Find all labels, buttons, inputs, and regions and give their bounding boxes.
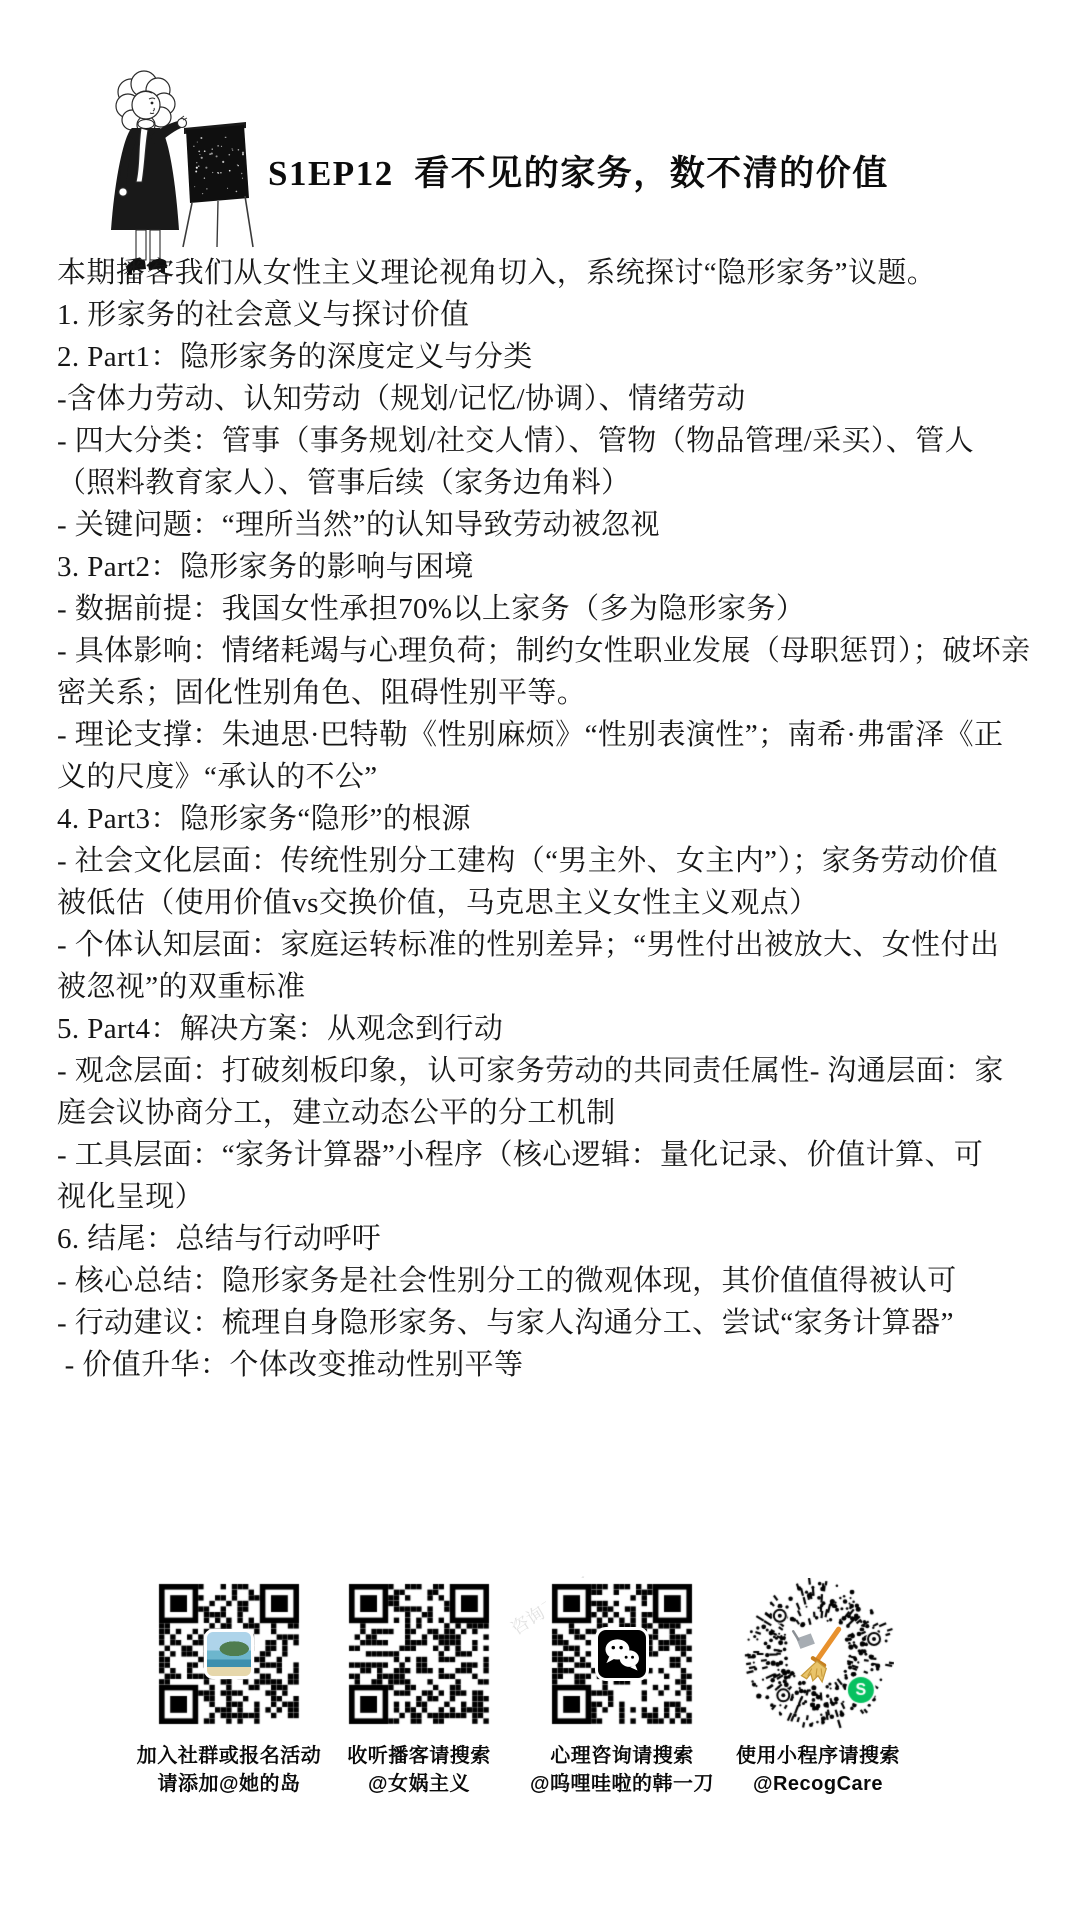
outline-line: 视化呈现）	[57, 1176, 1017, 1218]
qr-block-community: 加入社群或报名活动 请添加@她的岛	[129, 1578, 329, 1798]
outline-line: - 核心总结：隐形家务是社会性别分工的微观体现，其价值值得被认可	[57, 1260, 1017, 1302]
qr-caption-line1: 使用小程序请搜索	[718, 1742, 918, 1770]
qr-caption-line2: 请添加@她的岛	[129, 1770, 329, 1798]
outline-line: 被忽视”的双重标准	[57, 966, 1017, 1008]
outline-line: 2. Part1：隐形家务的深度定义与分类	[57, 336, 1017, 378]
qr-caption-line2: @女娲主义	[319, 1770, 519, 1798]
qr-caption-line1: 心理咨询请搜索	[522, 1742, 722, 1770]
episode-outline: 本期播客我们从女性主义理论视角切入，系统探讨“隐形家务”议题。1. 形家务的社会…	[57, 252, 1017, 1386]
outline-line: - 具体影响：情绪耗竭与心理负荷；制约女性职业发展（母职惩罚）；破坏亲	[57, 630, 1017, 672]
outline-line: - 个体认知层面：家庭运转标准的性别差异；“男性付出被放大、女性付出	[57, 924, 1017, 966]
poster-page: S1EP12 看不见的家务，数不清的价值 本期播客我们从女性主义理论视角切入，系…	[0, 0, 1080, 1920]
episode-title: S1EP12 看不见的家务，数不清的价值	[268, 146, 889, 196]
outline-line: 本期播客我们从女性主义理论视角切入，系统探讨“隐形家务”议题。	[57, 252, 1017, 294]
woman-figure	[111, 71, 187, 275]
qr-block-miniprogram: 使用小程序请搜索 @RecogCare	[718, 1578, 918, 1798]
outline-line: - 理论支撑：朱迪思·巴特勒《性别麻烦》“性别表演性”；南希·弗雷泽《正	[57, 714, 1017, 756]
outline-line: 被低估（使用价值vs交换价值，马克思主义女性主义观点）	[57, 882, 1017, 924]
outline-line: 1. 形家务的社会意义与探讨价值	[57, 294, 1017, 336]
island-photo-icon	[204, 1629, 254, 1679]
outline-line: 6. 结尾：总结与行动呼吁	[57, 1218, 1017, 1260]
outline-line: - 关键问题：“理所当然”的认知导致劳动被忽视	[57, 504, 1017, 546]
qr-caption-line2: @呜哩哇啦的韩一刀	[522, 1770, 722, 1798]
outline-line: - 观念层面：打破刻板印象，认可家务劳动的共同责任属性- 沟通层面：家	[57, 1050, 1017, 1092]
qr-caption-line1: 收听播客请搜索	[319, 1742, 519, 1770]
qr-block-counseling: 心理咨询请搜索 @呜哩哇啦的韩一刀	[522, 1578, 722, 1798]
outline-line: - 社会文化层面：传统性别分工建构（“男主外、女主内”）；家务劳动价值	[57, 840, 1017, 882]
outline-line: - 四大分类：管事（事务规划/社交人情）、管物（物品管理/采买）、管人	[57, 420, 1017, 462]
outline-line: -含体力劳动、认知劳动（规划/记忆/协调）、情绪劳动	[57, 378, 1017, 420]
easel-board	[183, 122, 253, 247]
outline-line: （照料教育家人）、管事后续（家务边角料）	[57, 462, 1017, 504]
woman-presenting-illustration	[86, 62, 256, 277]
qr-caption-line2: @RecogCare	[718, 1770, 918, 1798]
wechat-logo-icon	[595, 1627, 649, 1681]
outline-line: 密关系；固化性别角色、阻碍性别平等。	[57, 672, 1017, 714]
outline-line: - 工具层面：“家务计算器”小程序（核心逻辑：量化记录、价值计算、可	[57, 1134, 1017, 1176]
outline-line: - 价值升华：个体改变推动性别平等	[57, 1344, 1017, 1386]
qr-block-podcast: 收听播客请搜索 @女娲主义	[319, 1578, 519, 1798]
outline-line: 3. Part2：隐形家务的影响与困境	[57, 546, 1017, 588]
outline-line: 4. Part3：隐形家务“隐形”的根源	[57, 798, 1017, 840]
qr-caption-line1: 加入社群或报名活动	[129, 1742, 329, 1770]
broom-icon	[787, 1623, 849, 1685]
outline-line: 5. Part4：解决方案：从观念到行动	[57, 1008, 1017, 1050]
outline-line: 庭会议协商分工，建立动态公平的分工机制	[57, 1092, 1017, 1134]
outline-line: - 行动建议：梳理自身隐形家务、与家人沟通分工、尝试“家务计算器”	[57, 1302, 1017, 1344]
qr-code-podcast	[343, 1578, 495, 1730]
outline-line: 义的尺度》“承认的不公”	[57, 756, 1017, 798]
outline-line: - 数据前提：我国女性承担70%以上家务（多为隐形家务）	[57, 588, 1017, 630]
